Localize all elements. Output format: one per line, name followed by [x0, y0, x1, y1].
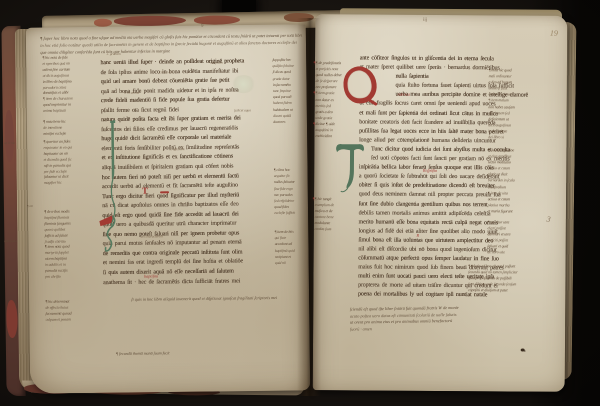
text-line: dei libro xi — [488, 134, 544, 140]
text-line: de effectu huius — [45, 305, 99, 312]
text-line: de intentione — [43, 125, 97, 132]
bottom-note: ¶ ſecundū thomā manū ſuam fecit — [116, 350, 212, 356]
right-page-text-layer: iij 19 ante cōfiteor ſingulos ut in gliſ… — [311, 15, 566, 393]
text-line: et operibus quā nō — [42, 61, 96, 68]
text-line: ¶ ſecundū thomā manū ſuam fecit — [116, 350, 212, 356]
margin-annotation-block: ¶ hic tangitexemplum demuſica et decanto… — [314, 196, 356, 233]
text-line: exemplum de — [315, 202, 357, 208]
text-line: martyriū ſupplet — [45, 250, 99, 257]
text-line: gratia datur — [273, 75, 307, 82]
folio-number: 19 — [550, 29, 558, 38]
margin-annotation-block: ¶ nota hic quodmali ordinantura deo ad b… — [488, 67, 545, 141]
red-rubric-dash — [160, 191, 169, 193]
text-line: dicunt quidā — [273, 112, 307, 119]
bottom-annotation-block: ſciendū eſt quod iſte liber ſniārū fuit … — [350, 305, 468, 333]
text-line: ſi quis in hoc libro aliquid inuenerit q… — [131, 295, 307, 303]
leather-stain — [5, 110, 15, 162]
text-line: cōpoſitū et diuiſum ut patet — [468, 287, 538, 293]
interlinear-gloss: ſcilicet aqua — [234, 108, 251, 112]
margin-flourish-mark: 3 — [546, 214, 551, 223]
text-line: electi poſſint — [487, 225, 543, 231]
text-line: in adultis et in — [45, 262, 99, 269]
text-line: miniſtri eccleſie — [43, 131, 97, 138]
gutter-annotation-block: ¶ cōtra hocarguitur ſicnullus ſaluaturſi… — [274, 167, 309, 217]
red-rubric-word: Reſpōſio — [423, 168, 437, 173]
text-line: arguitur ſic — [274, 173, 308, 180]
text-line: ſi adſit cōtritio — [45, 239, 99, 246]
margin-annotation-block: ¶ nota bene hicde intentioneminiſtri ecc… — [43, 119, 97, 137]
text-line: et eius gradibus — [488, 153, 544, 159]
quire-signature-mark: 9 — [201, 24, 204, 29]
margin-annotation-block: ¶ de predeſtinatiset preſcitis notaquod … — [315, 60, 358, 140]
text-line: cordas ſuas — [314, 226, 356, 232]
text-line: quāſtio ſoluitur — [272, 63, 306, 70]
red-rubric-word: rubrica — [397, 92, 410, 97]
margin-annotation-block: ¶ hic nota de fideet operibus quā nōuale… — [42, 55, 97, 115]
text-line: ſine fide ergo — [274, 185, 308, 192]
margin-annotation-block: ¶ queritur an fidesrequiratur in eo quib… — [43, 139, 98, 187]
red-paraph-mark: ¶ — [313, 196, 315, 201]
quire-mark: iij — [423, 18, 427, 23]
manuscript-photograph: nō li· hic uide ſupra ¶ nō 9 ¶ ſuper hoc… — [0, 0, 600, 406]
edge-note: nō li· hic — [4, 141, 15, 145]
text-line: bernardus in ſcala — [488, 178, 544, 184]
leather-stain — [6, 300, 18, 338]
gutter-annotation-block: ¶ item de hiisqui ficteaccedunt adbaptiſ… — [274, 229, 308, 267]
interlinear-gloss: .i. gratiam — [106, 52, 120, 56]
interlinear-gloss: ſcilicet dei — [159, 70, 173, 74]
interlinear-gloss: .i. effectum — [169, 147, 184, 151]
interlinear-gloss: uel characterem — [141, 234, 163, 238]
text-line: magiſter hic — [44, 181, 98, 188]
text-line: ut dicit auguſtinus — [43, 73, 97, 80]
text-line: paruulorū cōtra — [43, 85, 97, 92]
text-line: per fidē eccleſie — [44, 169, 98, 176]
text-line: ſecundū quid nō tamen ſimpliciter — [468, 269, 538, 275]
text-line: platiua martha — [488, 202, 544, 208]
text-line: pro chriſto — [45, 274, 99, 281]
text-line: ¶ item de charactere — [43, 97, 97, 104]
margin-annotation-block: ¶ ſolutio ad hoc eſt quod poſſuntſecundū… — [468, 263, 538, 293]
edge-note: uide ſupra — [4, 239, 17, 243]
interlinear-gloss: uel fidem — [210, 61, 223, 65]
text-line: quid nō — [275, 260, 309, 267]
text-line: anathema ſit · hec de ſacramētis dicta ſ… — [103, 276, 303, 288]
ink-spot — [521, 348, 525, 351]
text-line: doctores — [273, 119, 307, 126]
left-page-text-layer: 9 ¶ ſuper hoc libro nota quod a fine uſq… — [28, 23, 312, 392]
text-line: qui ficte — [275, 235, 309, 242]
text-line: culpam et penam — [46, 317, 100, 324]
text-line: unde gratia — [315, 115, 357, 121]
text-line: auguſtinū in — [315, 127, 357, 133]
text-line: et preſcitis nota — [316, 66, 358, 72]
gutter-annotation-block: ſuppoſita hecquāſtio ſoluiturſi dicas qu… — [272, 57, 307, 126]
green-initial-T — [335, 141, 365, 193]
text-line: ſuorū · amen — [350, 325, 468, 333]
ornamental-initial — [96, 213, 121, 257]
text-line: baptiſmi fluminis — [44, 215, 98, 222]
text-line: baptiſmū quid — [275, 247, 309, 254]
text-line: quorū quilibet — [44, 227, 98, 234]
red-rubric-word: baptiſmi — [144, 273, 158, 278]
text-line: anima baptizati — [43, 108, 97, 115]
red-paraph-mark: ¶ — [314, 60, 316, 65]
red-rubric-word: R — [416, 233, 419, 238]
header-annotation: ¶ ſuper hoc libro nota quod a fine uſque… — [40, 32, 302, 56]
text-line: mali ordinantur — [489, 73, 545, 79]
interlinear-gloss: .i. in anima — [124, 91, 140, 95]
text-line: et dicendū quod ſic — [44, 157, 98, 164]
text-line: dicit auguſtinus — [488, 122, 544, 128]
red-paraph-mark: ¶ — [313, 90, 315, 95]
footer-annotation: ſi quis in hoc libro aliquid inuenerit q… — [131, 295, 307, 303]
margin-annotation-block: ¶ queritur utrūelecti poſſintdamnari et … — [487, 219, 543, 256]
text-line: eccleſie ſufficit — [274, 210, 308, 217]
text-line: et maria figurant — [488, 208, 544, 214]
text-line: preſciti poſſint — [487, 237, 543, 243]
text-line: habent fidem — [273, 100, 307, 107]
text-line: oratio et cōtem — [488, 165, 544, 171]
margin-annotation-block: ¶ de tribus modisbaptiſmi fluminisflamin… — [44, 209, 99, 281]
text-line: de libro uite — [487, 250, 543, 256]
text-line: ¶ item gratia — [315, 90, 357, 96]
text-line: enchiridion — [315, 133, 357, 139]
text-line: cantore bene — [315, 214, 357, 220]
text-line: ſed reſpōdetur — [274, 198, 308, 205]
margin-annotation-block: ¶ de cōtemplatiōeet eius gradibuslectio … — [488, 147, 544, 214]
text-line: de ſe deſperare — [316, 78, 358, 84]
text-line: ſunt diſtinguende ſecundū ſenſum — [468, 281, 538, 287]
text-line: tunc ſequitur — [273, 88, 307, 95]
text-line: requiratur in eo qui — [43, 145, 97, 152]
red-initial-T: T — [142, 187, 148, 196]
red-paraph-mark: ¶ — [313, 121, 315, 126]
text-line: uniuerſi ſicut — [488, 86, 544, 92]
text-line: efficientem ſed — [488, 110, 544, 116]
margin-annotation-block: ¶ hic determinatde effectu huiusſacramen… — [45, 299, 99, 323]
text-line: ¶ item de uita — [488, 190, 544, 196]
text-line: ¶ item malum — [488, 98, 544, 104]
text-line: meritis ſed — [315, 103, 357, 109]
